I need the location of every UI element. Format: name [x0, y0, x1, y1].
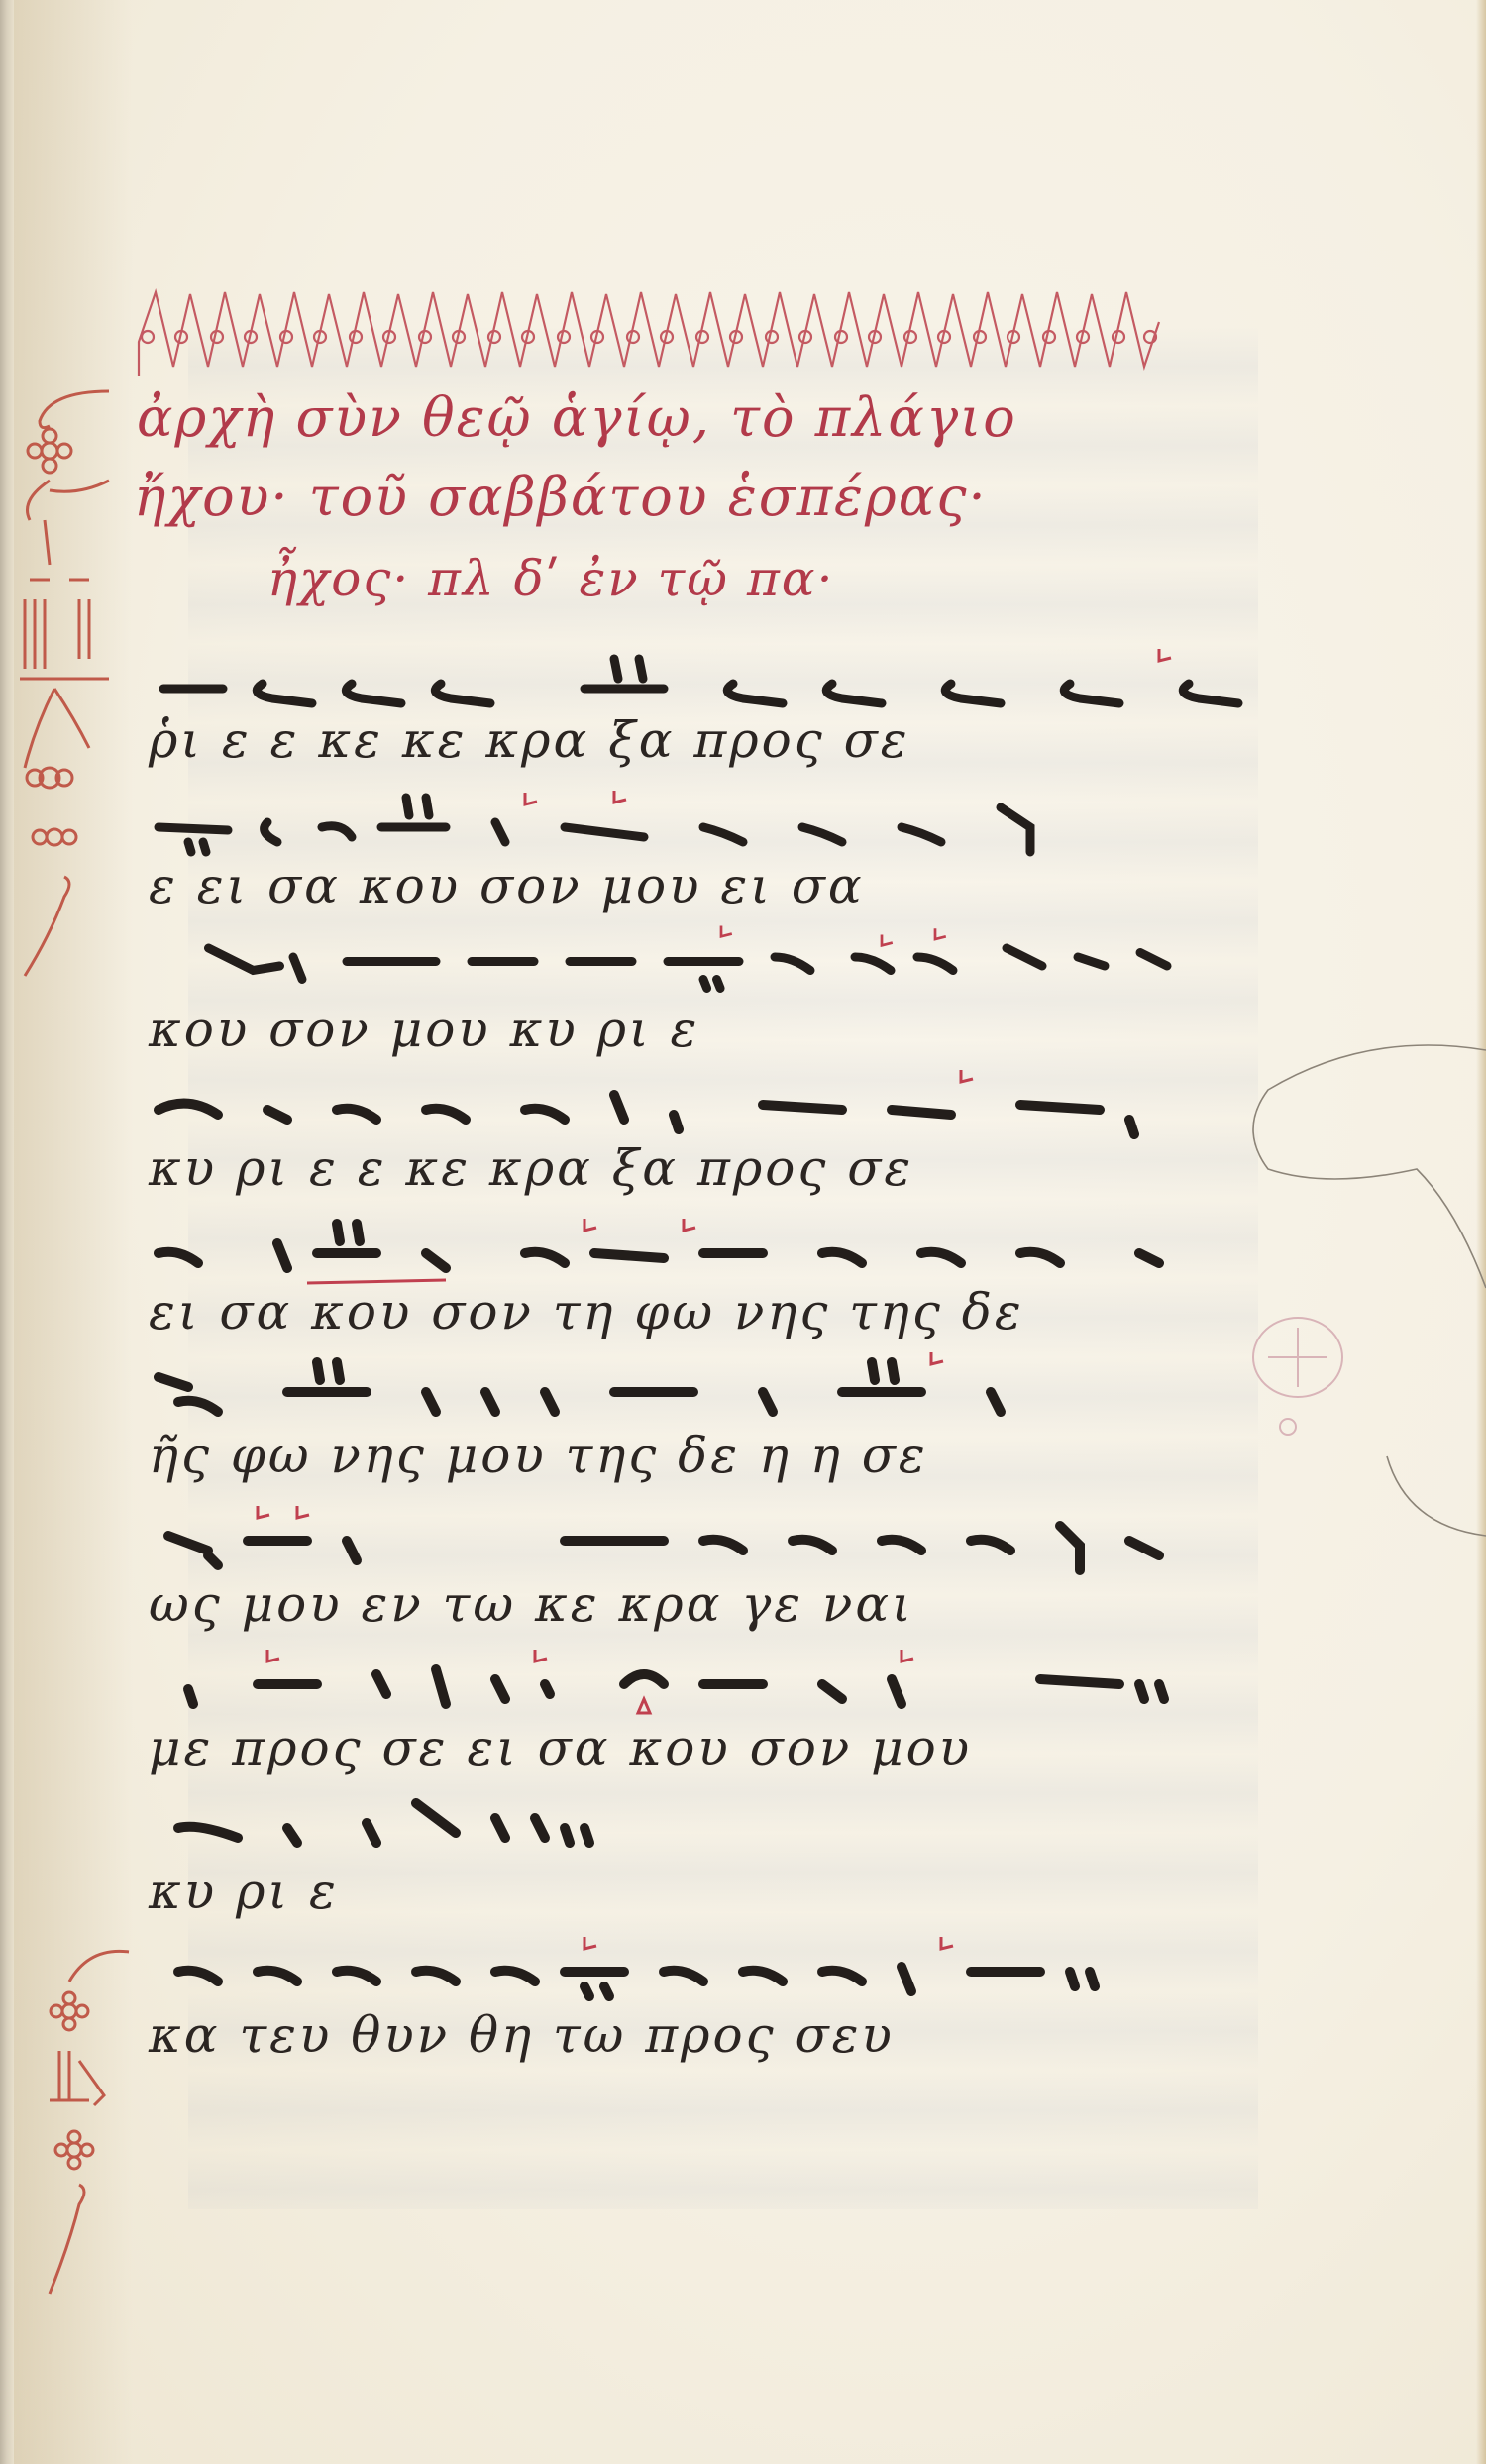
lyric-line-3: κου σον μου κυ ρι ε — [149, 1001, 699, 1058]
rosette-margin-ornament-icon — [35, 1942, 154, 2318]
lyric-line-5: ει σα κου σον τη φω νης της δε — [149, 1283, 1024, 1340]
rubric-title-line-2: ἤχου· τοῦ σαββάτου ἑσπέρας· — [134, 466, 988, 528]
neume-row-6 — [149, 1347, 1258, 1437]
lyric-line-4: κυ ρι ε ε κε κρα ξα προς σε — [149, 1139, 913, 1197]
neume-row-7 — [149, 1496, 1258, 1585]
lyric-line-10: κα τευ θυν θη τω προς σευ — [149, 2006, 895, 2064]
neume-row-10 — [149, 1927, 1258, 2016]
headpiece-ornament-icon — [134, 282, 1164, 381]
floral-margin-ornament-icon — [10, 381, 129, 996]
lyric-line-9: κυ ρι ε — [149, 1863, 339, 1920]
lyric-line-7: ως μου εν τω κε κρα γε ναι — [149, 1575, 914, 1633]
neume-row-9 — [149, 1783, 1258, 1873]
lyric-line-1: ῥι ε ε κε κε κρα ξα προς σε — [149, 711, 910, 769]
neume-row-8 — [149, 1640, 1258, 1729]
lyric-line-6: ῆς φω νης μου της δε η η σε — [149, 1427, 928, 1484]
neume-row-3 — [149, 921, 1258, 1011]
pencil-curve-marks-icon — [1219, 1030, 1486, 1645]
manuscript-page: ἀρχὴ σὺν θεῷ ἁγίῳ, τὸ πλάγιο ἤχου· τοῦ σ… — [0, 0, 1486, 2464]
rubric-title-line-1: ἀρχὴ σὺν θεῷ ἁγίῳ, τὸ πλάγιο — [137, 386, 1017, 449]
lyric-line-2: ε ει σα κου σον μου ει σα — [149, 857, 865, 914]
lyric-line-8: με προς σε ει σα κου σον μου — [149, 1719, 972, 1776]
binding-gutter — [0, 0, 14, 2464]
rubric-mode-signature: ἦχος· πλ δʹ ἐν τῷ πα· — [267, 550, 834, 607]
